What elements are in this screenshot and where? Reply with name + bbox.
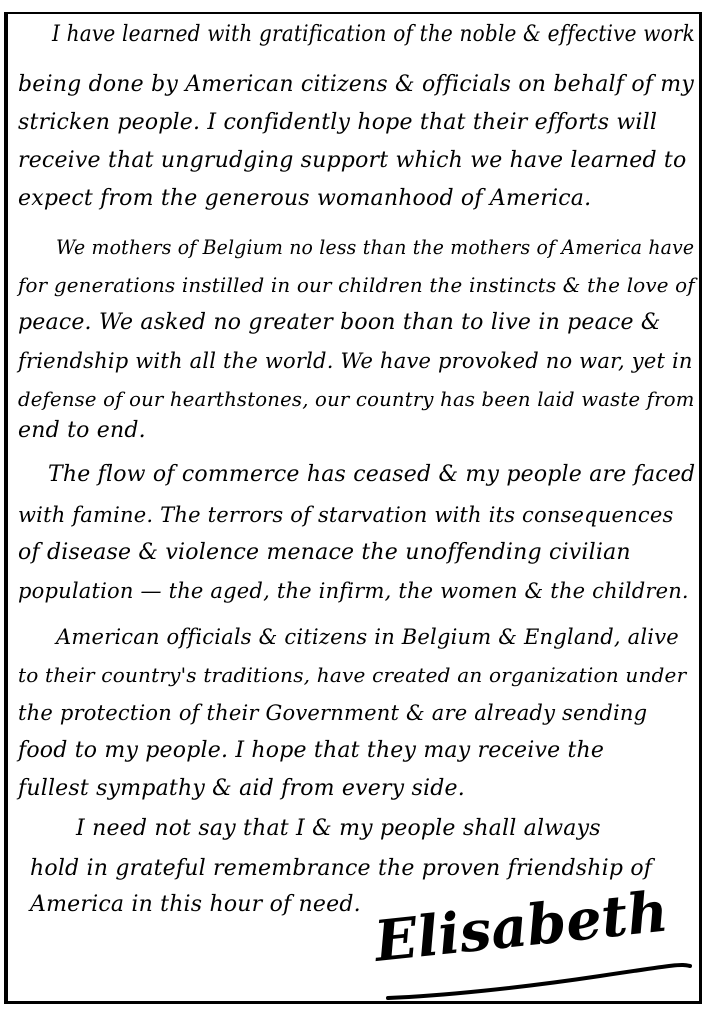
letter-line: defense of our hearthstones, our country…	[18, 386, 695, 412]
letter-line: expect from the generous womanhood of Am…	[18, 186, 591, 212]
letter-line: receive that ungrudging support which we…	[18, 148, 686, 174]
letter-line: I have learned with gratification of the…	[52, 22, 644, 48]
letter-line: fullest sympathy & aid from every side.	[18, 776, 465, 802]
letter-line: friendship with all the world. We have p…	[18, 348, 693, 374]
letter-line: stricken people. I confidently hope that…	[18, 110, 657, 136]
letter-line: We mothers of Belgium no less than the m…	[56, 234, 694, 260]
letter-line: American officials & citizens in Belgium…	[56, 624, 679, 650]
letter-line: food to my people. I hope that they may …	[18, 738, 604, 764]
letter-line: peace. We asked no greater boon than to …	[18, 310, 661, 336]
letter-line: The flow of commerce has ceased & my peo…	[48, 462, 695, 488]
letter-line: the protection of their Government & are…	[18, 700, 647, 726]
letter-line: of disease & violence menace the unoffen…	[18, 540, 631, 566]
letter-line: population — the aged, the infirm, the w…	[18, 578, 689, 604]
letter-line: for generations instilled in our childre…	[18, 272, 695, 298]
letter-line: America in this hour of need.	[30, 892, 361, 918]
letter-line: to their country's traditions, have crea…	[18, 662, 686, 688]
signature-flourish	[380, 948, 700, 1008]
letter-line: being done by American citizens & offici…	[18, 72, 694, 98]
letter-line: end to end.	[18, 418, 146, 444]
letter-line: hold in grateful remembrance the proven …	[30, 856, 652, 882]
letter-line: with famine. The terrors of starvation w…	[18, 502, 673, 528]
letter-line: I need not say that I & my people shall …	[76, 816, 601, 842]
